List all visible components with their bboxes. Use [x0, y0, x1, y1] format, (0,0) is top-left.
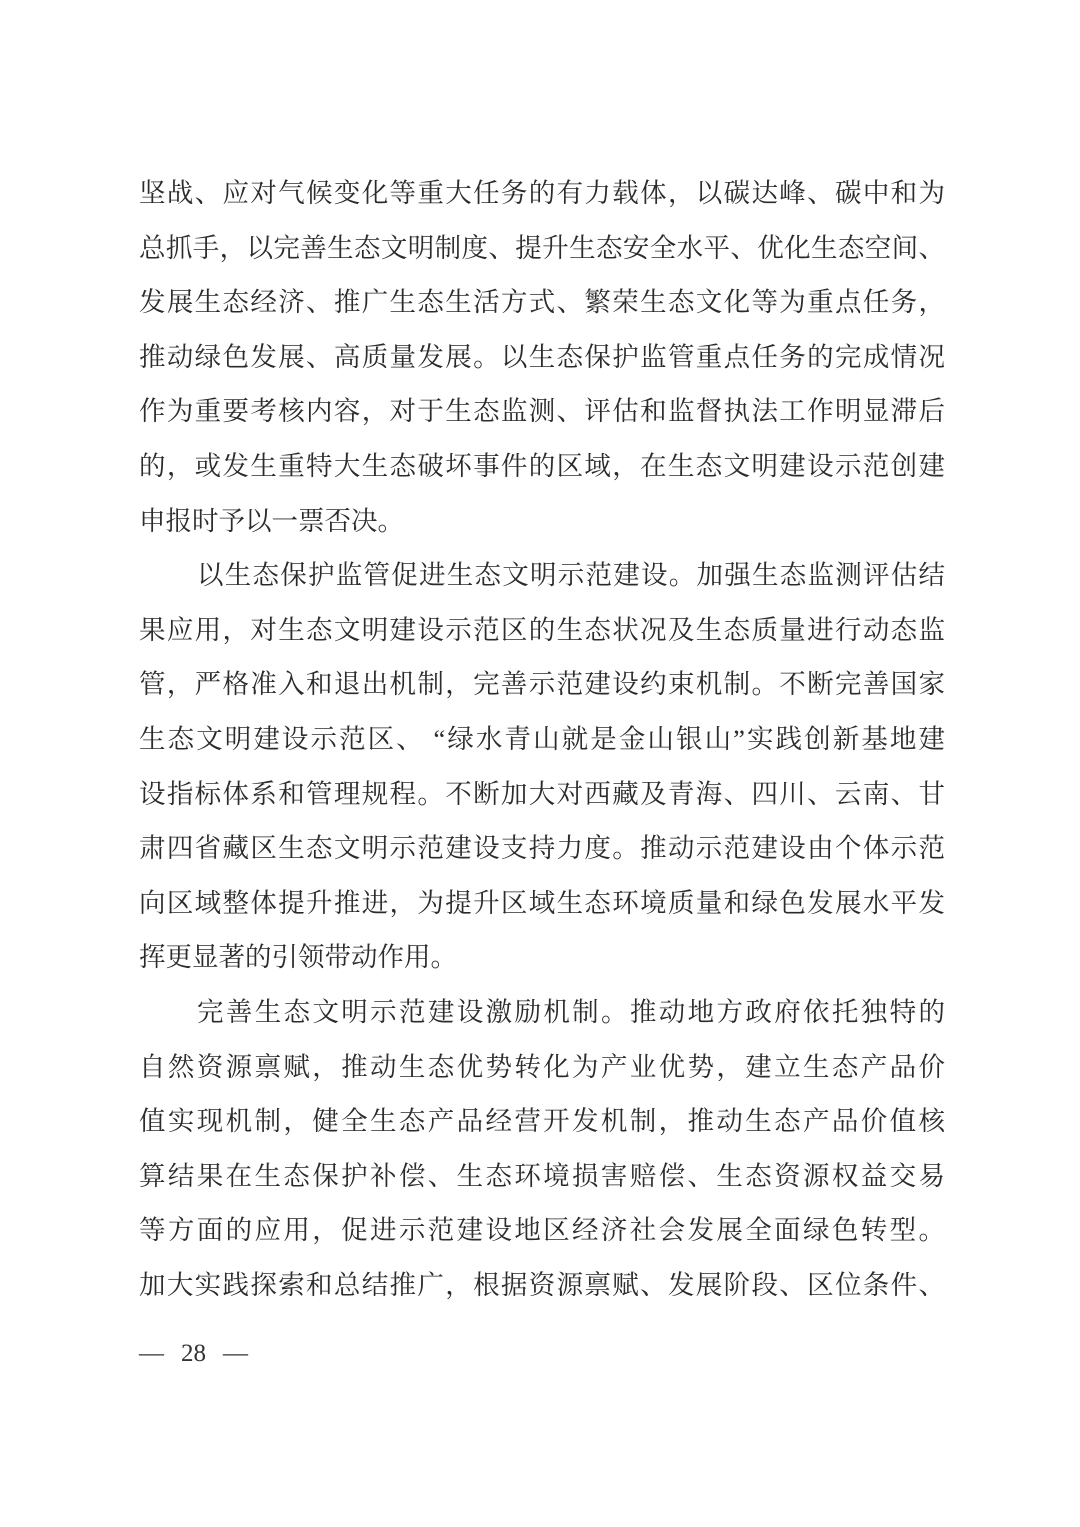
- text-line: 自然资源禀赋，推动生态优势转化为产业优势，建立生态产品价: [139, 1040, 945, 1095]
- footer-left-dash: —: [139, 1340, 164, 1368]
- text-line: 值实现机制，健全生态产品经营开发机制，推动生态产品价值核: [139, 1094, 945, 1149]
- paragraph-1: 坚战、应对气候变化等重大任务的有力载体，以碳达峰、碳中和为 总抓手，以完善生态文…: [139, 166, 945, 548]
- text-line: 挥更显著的引领带动作用。: [139, 930, 945, 985]
- paragraph-3: 完善生态文明示范建设激励机制。推动地方政府依托独特的 自然资源禀赋，推动生态优势…: [139, 985, 945, 1313]
- text-line: 肃四省藏区生态文明示范建设支持力度。推动示范建设由个体示范: [139, 821, 945, 876]
- text-line: 申报时予以一票否决。: [139, 494, 945, 549]
- text-line: 生态文明建设示范区、 “绿水青山就是金山银山”实践创新基地建: [139, 712, 945, 767]
- paragraph-2: 以生态保护监管促进生态文明示范建设。加强生态监测评估结 果应用，对生态文明建设示…: [139, 548, 945, 985]
- text-line: 设指标体系和管理规程。不断加大对西藏及青海、四川、云南、甘: [139, 767, 945, 822]
- text-line: 管，严格准入和退出机制，完善示范建设约束机制。不断完善国家: [139, 657, 945, 712]
- page-number: 28: [181, 1340, 206, 1368]
- text-line: 总抓手，以完善生态文明制度、提升生态安全水平、优化生态空间、: [139, 221, 945, 276]
- page-number-footer: — 28 —: [139, 1340, 248, 1368]
- text-line: 加大实践探索和总结推广，根据资源禀赋、发展阶段、区位条件、: [139, 1258, 945, 1313]
- text-line: 推动绿色发展、高质量发展。以生态保护监管重点任务的完成情况: [139, 330, 945, 385]
- footer-right-dash: —: [223, 1340, 248, 1368]
- text-line: 算结果在生态保护补偿、生态环境损害赔偿、生态资源权益交易: [139, 1149, 945, 1204]
- text-line: 向区域整体提升推进，为提升区域生态环境质量和绿色发展水平发: [139, 876, 945, 931]
- text-line: 果应用，对生态文明建设示范区的生态状况及生态质量进行动态监: [139, 603, 945, 658]
- text-line: 的，或发生重特大生态破坏事件的区域，在生态文明建设示范创建: [139, 439, 945, 494]
- text-line: 完善生态文明示范建设激励机制。推动地方政府依托独特的: [139, 985, 945, 1040]
- text-line: 发展生态经济、推广生态生活方式、繁荣生态文化等为重点任务，: [139, 275, 945, 330]
- text-line: 作为重要考核内容，对于生态监测、评估和监督执法工作明显滞后: [139, 384, 945, 439]
- document-body: 坚战、应对气候变化等重大任务的有力载体，以碳达峰、碳中和为 总抓手，以完善生态文…: [139, 166, 945, 1312]
- text-line: 等方面的应用，促进示范建设地区经济社会发展全面绿色转型。: [139, 1203, 945, 1258]
- text-line: 坚战、应对气候变化等重大任务的有力载体，以碳达峰、碳中和为: [139, 166, 945, 221]
- text-line: 以生态保护监管促进生态文明示范建设。加强生态监测评估结: [139, 548, 945, 603]
